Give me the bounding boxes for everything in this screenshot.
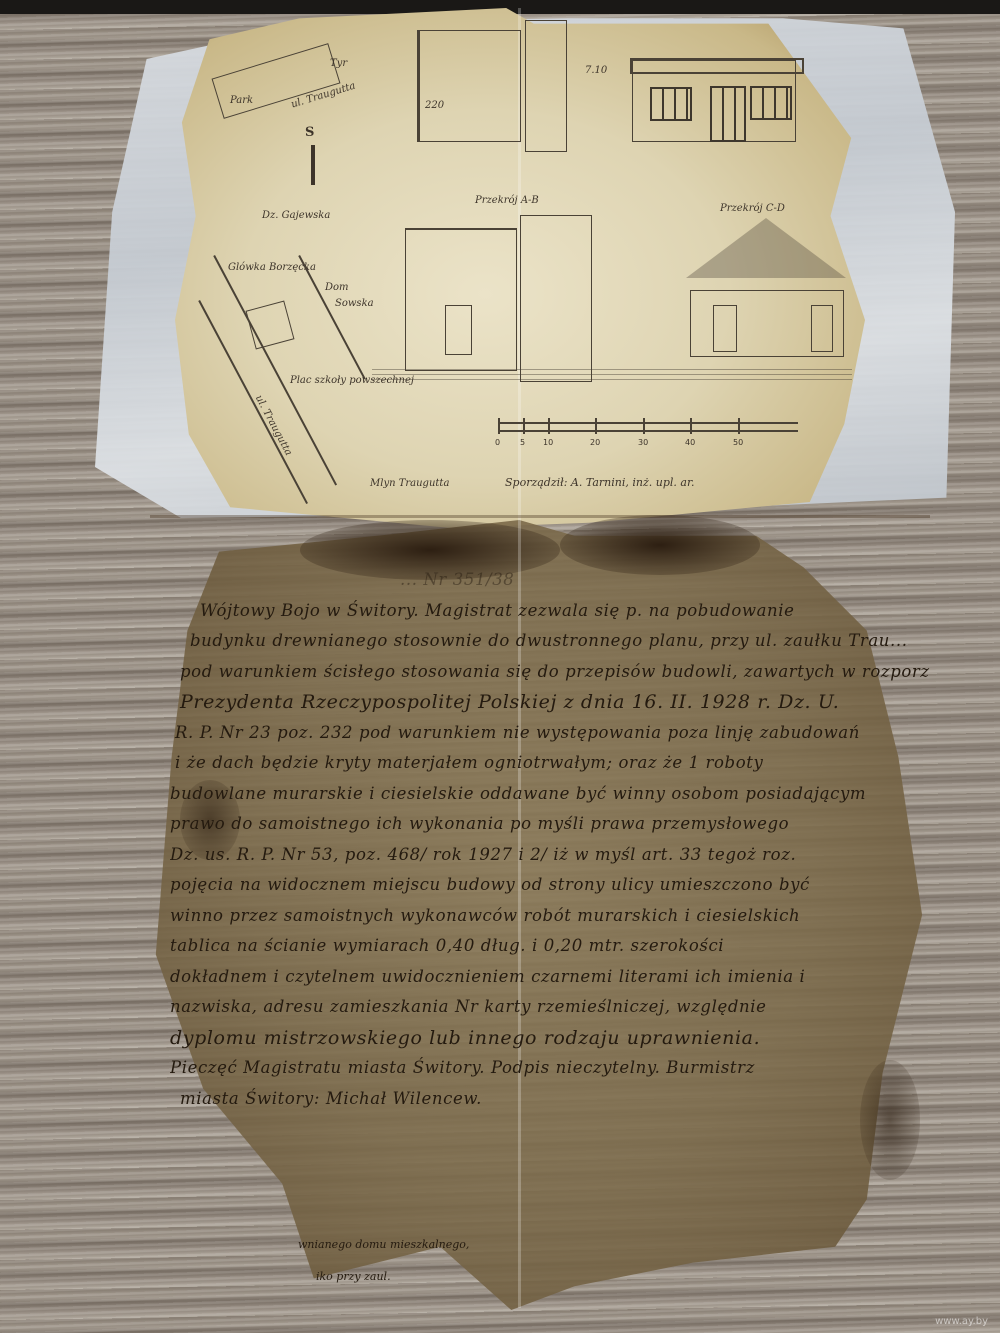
section-title: Przekrój A-B <box>475 195 539 206</box>
window <box>750 86 792 120</box>
letter-line: Wójtowy Bojo w Świtory. Magistrat zezwal… <box>170 596 930 627</box>
door <box>710 86 746 142</box>
scale-bar: 0 5 10 20 30 40 50 <box>498 422 798 432</box>
letter-line: winno przez samoistnych wykonawców robót… <box>170 901 930 932</box>
watermark: www.ay.by <box>935 1316 988 1327</box>
floor-plan-room <box>525 20 567 152</box>
letter-line: budowlane murarskie i ciesielskie oddawa… <box>170 779 930 810</box>
plan-label: Tyr <box>330 58 347 69</box>
scale-tick-label: 10 <box>543 438 553 447</box>
elevation-cornice <box>630 58 804 74</box>
letter-line: i że dach będzie kryty materjałem ogniot… <box>170 748 930 779</box>
scale-tick-label: 0 <box>495 438 500 447</box>
section-frame <box>520 215 592 382</box>
handwritten-letter: ... Nr 351/38 Wójtowy Bojo w Świtory. Ma… <box>170 565 930 1114</box>
scale-tick-label: 30 <box>638 438 648 447</box>
horizontal-fold <box>150 515 930 518</box>
letter-line: ... Nr 351/38 <box>170 565 930 596</box>
letter-line: prawo do samoistnego ich wykonania po my… <box>170 809 930 840</box>
section-door <box>811 305 833 352</box>
letter-line: R. P. Nr 23 poz. 232 pod warunkiem nie w… <box>170 718 930 749</box>
plan-label: Mlyn Traugutta <box>370 478 449 489</box>
gable-roof <box>686 218 846 278</box>
dimension-label: 220 <box>425 100 444 111</box>
north-arrow-shaft <box>311 145 315 185</box>
floor-plan-room <box>417 30 521 142</box>
section-title: Przekrój C-D <box>720 203 785 214</box>
plan-label: Park <box>230 95 253 106</box>
plan-label: Sowska <box>335 298 374 309</box>
footer-note: iko przy zaul. <box>316 1270 391 1283</box>
scale-tick-label: 40 <box>685 438 695 447</box>
scale-tick-label: 20 <box>590 438 600 447</box>
letter-line: tablica na ścianie wymiarach 0,40 dług. … <box>170 931 930 962</box>
ground-hatching <box>372 365 852 383</box>
window <box>650 87 692 121</box>
letter-line: Dz. us. R. P. Nr 53, poz. 468/ rok 1927 … <box>170 840 930 871</box>
letter-line: budynku drewnianego stosownie do dwustro… <box>170 626 930 657</box>
letter-line: dyplomu mistrzowskiego lub innego rodzaj… <box>170 1023 930 1054</box>
letter-line: miasta Świtory: Michał Wilencew. <box>170 1084 930 1115</box>
section-door <box>713 305 737 352</box>
letter-line: Pieczęć Magistratu miasta Świtory. Podpi… <box>170 1053 930 1084</box>
plan-label: Dz. Gajewska <box>262 210 330 221</box>
letter-line: dokładnem i czytelnem uwidocznieniem cza… <box>170 962 930 993</box>
letter-line: pojęcia na widocznem miejscu budowy od s… <box>170 870 930 901</box>
letter-line: nazwiska, adresu zamieszkania Nr karty r… <box>170 992 930 1023</box>
letter-line: pod warunkiem ścisłego stosowania się do… <box>170 657 930 688</box>
scale-tick-label: 5 <box>520 438 525 447</box>
plan-label: Dom <box>325 282 349 293</box>
dimension-label: 7.10 <box>585 65 607 76</box>
letter-line: Prezydenta Rzeczypospolitej Polskiej z d… <box>170 687 930 718</box>
footer-note: wnianego domu mieszkalnego, <box>298 1238 469 1251</box>
north-arrow-icon: S <box>305 125 314 140</box>
drawing-signature: Sporządził: A. Tarnini, inż. upl. ar. <box>505 476 695 489</box>
scale-tick-label: 50 <box>733 438 743 447</box>
section-door <box>445 305 472 355</box>
